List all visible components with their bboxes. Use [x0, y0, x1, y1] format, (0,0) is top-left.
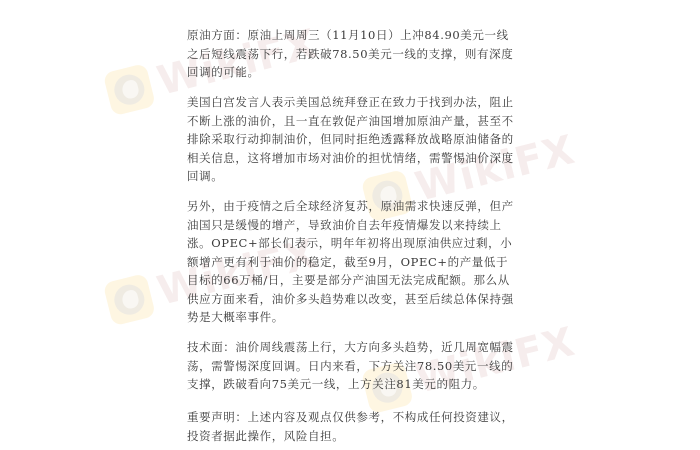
- wikifx-logo-icon: [103, 273, 156, 326]
- paragraph-technical: 技术面：油价周线震荡上行，大方向多头趋势，近几周宽幅震荡，需警惕深度回调。日内来…: [187, 338, 517, 394]
- disclaimer: 重要声明：上述内容及观点仅供参考，不构成任何投资建议，投资者据此操作，风险自担。: [187, 408, 517, 445]
- article-body: 原油方面：原油上周周三（11月10日）上冲84.90美元一线之后短线震荡下行，若…: [187, 26, 517, 405]
- paragraph-opec: 另外，由于疫情之后全球经济复苏，原油需求快速反弹，但产油国只是缓慢的增产，导致油…: [187, 197, 517, 327]
- paragraph-crude-oil: 原油方面：原油上周周三（11月10日）上冲84.90美元一线之后短线震荡下行，若…: [187, 26, 517, 82]
- wikifx-logo-icon: [103, 63, 156, 116]
- paragraph-white-house: 美国白宫发言人表示美国总统拜登正在致力于找到办法，阻止不断上涨的油价，且一直在敦…: [187, 93, 517, 186]
